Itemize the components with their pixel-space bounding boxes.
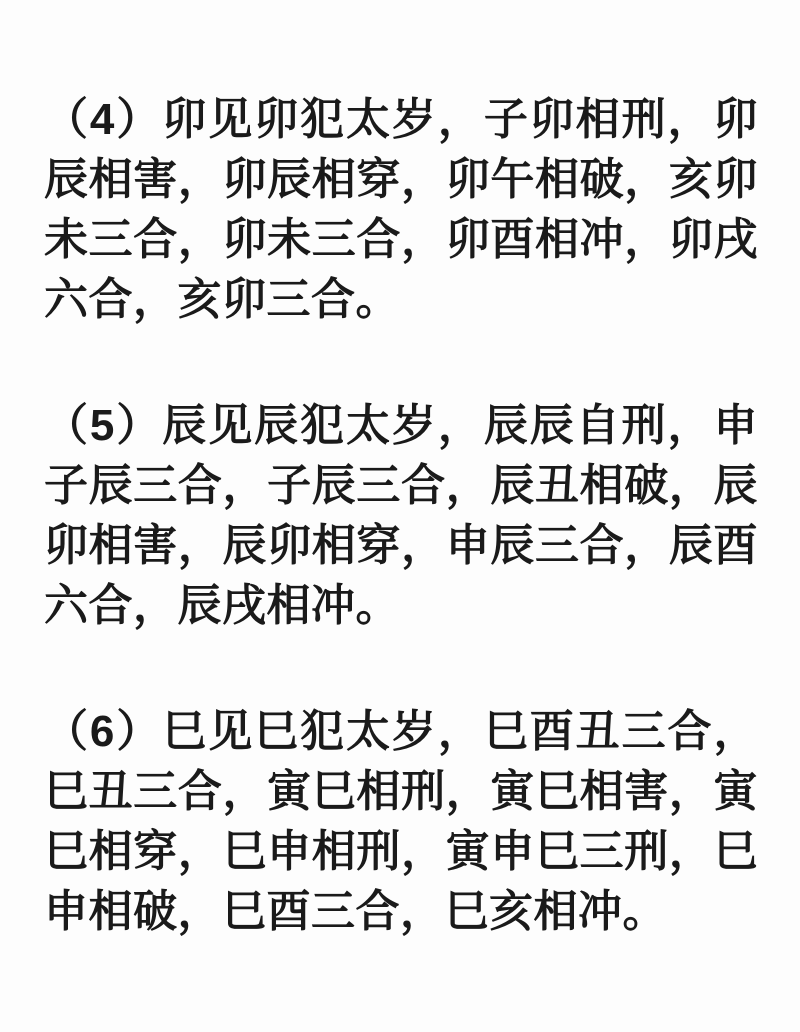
paragraph-item-5: （5）辰见辰犯太岁，辰辰自刑，申子辰三合，子辰三合，辰丑相破，辰卯相害，辰卯相穿… [44,396,758,636]
paragraph-item-4: （4）卯见卯犯太岁，子卯相刑，卯辰相害，卯辰相穿，卯午相破，亥卯未三合，卯未三合… [44,90,758,330]
paragraph-item-6: （6）巳见巳犯太岁，巳酉丑三合，巳丑三合，寅巳相刑，寅巳相害，寅巳相穿，巳申相刑… [44,702,758,942]
document-page: （4）卯见卯犯太岁，子卯相刑，卯辰相害，卯辰相穿，卯午相破，亥卯未三合，卯未三合… [0,0,800,1032]
